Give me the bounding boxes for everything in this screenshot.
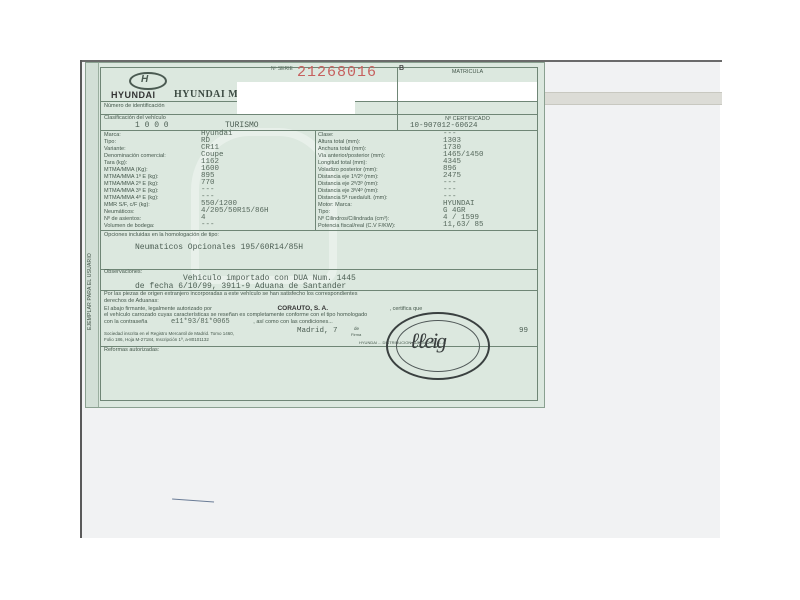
serial-label: Nº SERIE xyxy=(271,66,293,72)
certification-line-5-post: , así como con las condiciones... xyxy=(253,319,332,325)
scan-stripe xyxy=(542,92,722,105)
pen-mark xyxy=(172,499,214,505)
redacted-area xyxy=(237,82,407,101)
approval-code: e11*93/81*0065 xyxy=(171,318,230,326)
field-label: Tipo: xyxy=(318,209,330,215)
field-label: Altura total (mm): xyxy=(318,139,360,145)
registration-column: MATRICULA Nº CERTIFICADO 10-907012-60624 xyxy=(397,68,537,130)
field-label: Motor: Marca: xyxy=(318,202,352,208)
left-spec-block: Marca:HyundaiTipo:RDVariante:CR11Denomin… xyxy=(101,130,316,230)
classification-type: TURISMO xyxy=(225,121,259,130)
certifying-company: CORAUTO, S. A. xyxy=(277,305,328,312)
field-label: Neumáticos: xyxy=(104,209,135,215)
signature: ℓℓeiɡ xyxy=(410,328,445,354)
field-value: 11,63/ 85 xyxy=(443,221,484,229)
field-label: MTMA/MMA 2º E (kg): xyxy=(104,181,159,187)
field-value: --- xyxy=(201,221,215,229)
field-label: MMR S/F, c/F (kg): xyxy=(104,202,150,208)
field-label: Anchura total (mm): xyxy=(318,146,366,152)
redacted-registration xyxy=(398,82,537,101)
registry-line-1: Sociedad inscrita en el Registro Mercant… xyxy=(104,331,234,336)
official-stamp: ℓℓeiɡ xyxy=(386,312,490,380)
reforms-label: Reformas autorizadas: xyxy=(104,347,159,353)
field-label: MTMA/MMA 3º E (kg): xyxy=(104,188,159,194)
observations-section: Observaciones: Vehiculo importado con DU… xyxy=(101,268,537,291)
brand-logo-text: HYUNDAI xyxy=(111,90,167,100)
field-label: Volumen de bodega: xyxy=(104,223,154,229)
place-date: Madrid, 7 xyxy=(297,327,338,335)
classification-code: 1 0 0 0 xyxy=(135,121,169,130)
field-label: Variante: xyxy=(104,146,126,152)
field-label: Nº Cilindros/Cilindrada (cm³): xyxy=(318,216,389,222)
field-label: Clase: xyxy=(318,132,334,138)
observations-label: Observaciones: xyxy=(104,269,142,275)
card-frame: H HYUNDAI HYUNDAI MOTOR Nº SERIE 2126801… xyxy=(100,67,538,401)
field-label: Distancia eje 1º/2º (mm): xyxy=(318,174,379,180)
field-label: Tipo: xyxy=(104,139,116,145)
field-label: MTMA/MMA 4º E (kg): xyxy=(104,195,159,201)
options-section: Opciones incluidas en la homologación de… xyxy=(101,230,537,270)
vehicle-technical-card: EJEMPLAR PARA EL USUARIO H HYUNDAI HYUND… xyxy=(85,62,545,408)
field-label: Distancia eje 2º/3º (mm): xyxy=(318,181,379,187)
field-label: Distancia 5ª rueda/ult. (mm): xyxy=(318,195,388,201)
side-label: EJEMPLAR PARA EL USUARIO xyxy=(87,253,97,330)
options-value: Neumaticos Opcionales 195/60R14/85H xyxy=(135,243,303,252)
field-label: Vía anterior/posterior (mm): xyxy=(318,153,385,159)
year: 99 xyxy=(519,327,528,335)
certificate-number: 10-907012-60624 xyxy=(410,122,478,130)
identification-label: Número de identificación xyxy=(104,103,165,109)
registry-line-2: Folio 186, Hoja M-27184, Inscripción 1ª,… xyxy=(104,337,209,342)
field-label: Tara (kg): xyxy=(104,160,127,166)
signature-label: Firma xyxy=(351,332,361,337)
side-strip: EJEMPLAR PARA EL USUARIO xyxy=(86,63,99,407)
field-label: Marca: xyxy=(104,132,121,138)
field-label: Nº de asientos: xyxy=(104,216,141,222)
date-de: de xyxy=(354,326,359,331)
field-label: Voladizo posterior (mm): xyxy=(318,167,378,173)
redacted-vin xyxy=(237,100,355,114)
field-label: Distancia eje 3º/4º (mm): xyxy=(318,188,379,194)
serial-number: 21268016 xyxy=(297,64,377,81)
field-label: Longitud total (mm): xyxy=(318,160,367,166)
field-label: Denominación comercial: xyxy=(104,153,166,159)
hyundai-h-icon: H xyxy=(129,72,167,90)
registration-label: MATRICULA xyxy=(398,69,537,75)
right-spec-block: Clase:---Altura total (mm):1303Anchura t… xyxy=(315,130,537,230)
field-label: Potencia fiscal/real (C.V F/KW): xyxy=(318,223,395,229)
field-value: 4/205/50R15/86H xyxy=(201,207,269,215)
registration-separator xyxy=(398,101,537,115)
options-label: Opciones incluidas en la homologación de… xyxy=(104,232,219,238)
hyundai-logo: H HYUNDAI xyxy=(111,72,167,100)
certification-line-5-pre: con la contraseña xyxy=(104,319,147,325)
field-label: MTMA/MMA 1º E (kg): xyxy=(104,174,159,180)
field-label: MTMA/MMA (Kg): xyxy=(104,167,148,173)
